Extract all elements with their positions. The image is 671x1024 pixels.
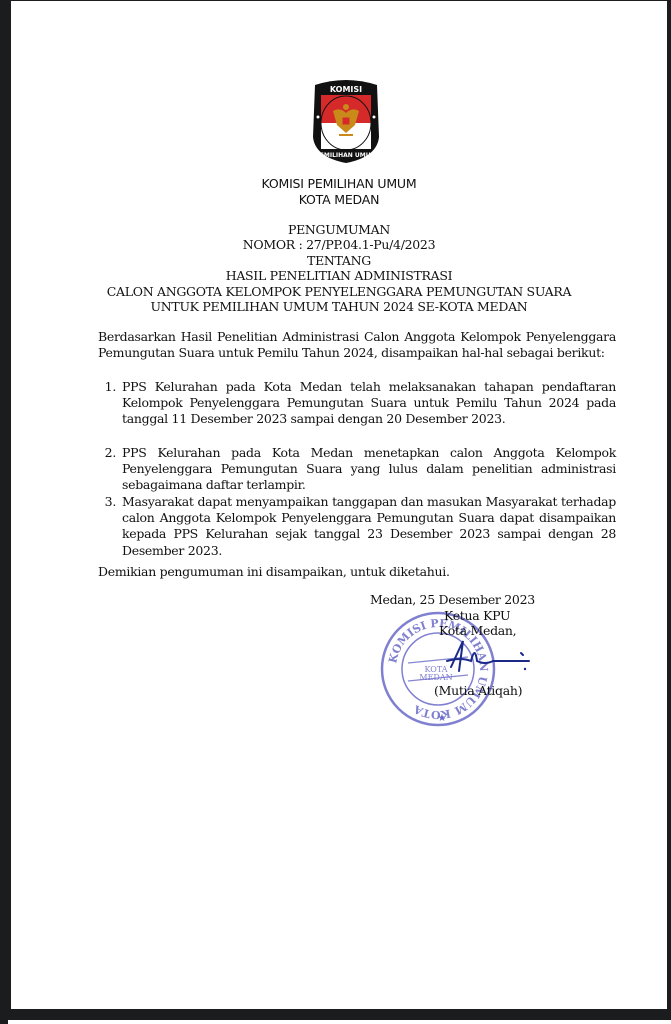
svg-text:PEMILIHAN UMUM: PEMILIHAN UMUM <box>315 152 376 159</box>
document-page: KOMISI PEMILIHAN UMUM KOMISI PEMILIHAN U… <box>11 1 667 1009</box>
svg-text:KOMISI: KOMISI <box>330 85 362 94</box>
document-number: NOMOR : 27/PP.04.1-Pu/4/2023 <box>11 237 667 252</box>
signatory-name: (Mutia Atiqah) <box>434 683 522 698</box>
signatory-position: Ketua KPU <box>444 608 510 623</box>
svg-text:★: ★ <box>438 713 447 724</box>
handwritten-signature-icon <box>441 631 531 681</box>
subject-line-2: CALON ANGGOTA KELOMPOK PENYELENGGARA PEM… <box>11 284 667 299</box>
list-text: Masyarakat dapat menyampaikan tanggapan … <box>122 494 616 559</box>
header-city: KOTA MEDAN <box>11 192 667 207</box>
list-number: 3. <box>98 494 116 510</box>
list-item: 2. PPS Kelurahan pada Kota Medan menetap… <box>98 445 616 494</box>
subject-line-1: HASIL PENELITIAN ADMINISTRASI <box>11 268 667 283</box>
list-item: 1. PPS Kelurahan pada Kota Medan telah m… <box>98 379 616 428</box>
document-type: PENGUMUMAN <box>11 222 667 237</box>
closing-paragraph: Demikian pengumuman ini disampaikan, unt… <box>98 564 616 580</box>
list-text: PPS Kelurahan pada Kota Medan menetapkan… <box>122 445 616 494</box>
next-page-edge <box>8 1020 671 1024</box>
header-institution: KOMISI PEMILIHAN UMUM <box>11 176 667 191</box>
place-date: Medan, 25 Desember 2023 <box>370 592 535 607</box>
list-text: PPS Kelurahan pada Kota Medan telah mela… <box>122 379 616 428</box>
list-number: 1. <box>98 379 116 395</box>
list-number: 2. <box>98 445 116 461</box>
intro-paragraph: Berdasarkan Hasil Penelitian Administras… <box>98 329 616 361</box>
about-label: TENTANG <box>11 253 667 268</box>
list-item: 3. Masyarakat dapat menyampaikan tanggap… <box>98 494 616 559</box>
subject-line-3: UNTUK PEMILIHAN UMUM TAHUN 2024 SE-KOTA … <box>11 299 667 314</box>
kpu-emblem-icon: KOMISI PEMILIHAN UMUM <box>307 77 385 165</box>
